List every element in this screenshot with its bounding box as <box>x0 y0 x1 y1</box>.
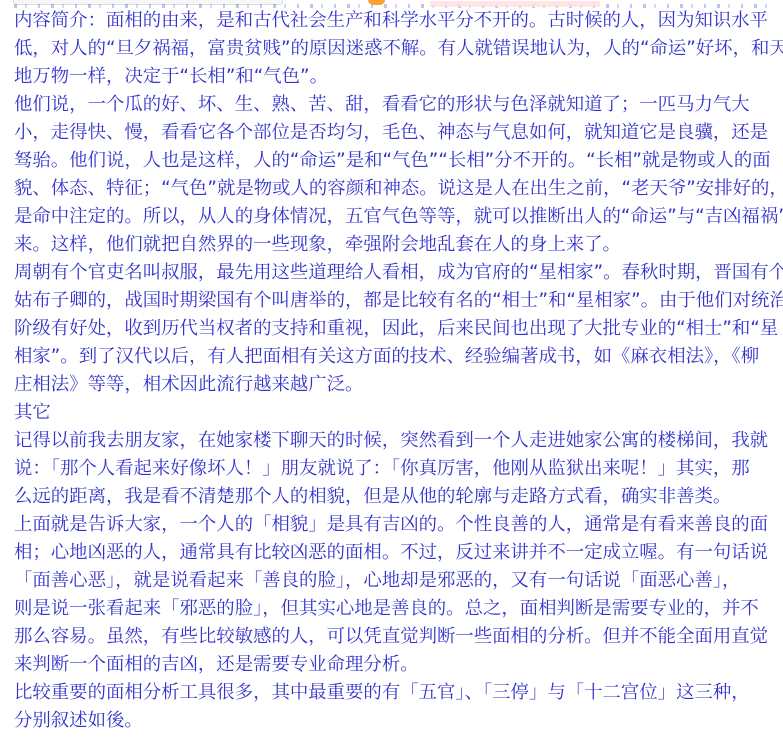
paragraph: 记得以前我去朋友家，在她家楼下聊天的时候，突然看到一个人走进她家公寓的楼梯间，我… <box>14 427 783 511</box>
text-line: 他们说，一个瓜的好、坏、生、熟、苦、甜，看看它的形状与色泽就知道了；一匹马力气大 <box>14 91 783 119</box>
text-line: 来判断一个面相的吉凶，还是需要专业命理分析。 <box>14 651 783 679</box>
text-line: 姑布子卿的，战国时期梁国有个叫唐举的，都是比较有名的“相士”和“星相家”。由于他… <box>14 287 783 315</box>
paragraph: 内容简介：面相的由来，是和古代社会生产和科学水平分不开的。古时候的人，因为知识水… <box>14 7 783 91</box>
text-line: 相家”。到了汉代以后，有人把面相有关这方面的技术、经验编著成书，如《麻衣相法》，… <box>14 343 783 371</box>
text-line: 小，走得快、慢，看看它各个部位是否均匀，毛色、神态与气息如何，就知道它是良骥，还… <box>14 119 783 147</box>
orange-icon-fragment <box>368 0 385 5</box>
text-line: 阶级有好处，收到历代当权者的支持和重视，因此，后来民间也出现了大批专业的“相士”… <box>14 315 783 343</box>
text-line: 记得以前我去朋友家，在她家楼下聊天的时候，突然看到一个人走进她家公寓的楼梯间，我… <box>14 427 783 455</box>
text-line: 地万物一样，决定于“长相”和“气色”。 <box>14 63 783 91</box>
text-line: 上面就是告诉大家，一个人的「相貌」是具有吉凶的。个性良善的人，通常是有看来善良的… <box>14 511 783 539</box>
text-line: 比较重要的面相分析工具很多，其中最重要的有「五官」、「三停」与「十二宫位」这三种… <box>14 679 783 707</box>
text-line: 则是说一张看起来「邪恶的脸」，但其实心地是善良的。总之，面相判断是需要专业的，并… <box>14 595 783 623</box>
document-page: { "styles": { "text_color": "#3333cc", "… <box>0 0 783 747</box>
text-line: 么远的距离，我是看不清楚那个人的相貌，但是从他的轮廓与走路方式看，确实非善类。 <box>14 483 783 511</box>
text-line: 庄相法》等等，相术因此流行越来越广泛。 <box>14 371 783 399</box>
paragraph: 比较重要的面相分析工具很多，其中最重要的有「五官」、「三停」与「十二宫位」这三种… <box>14 679 783 735</box>
text-line: 其它 <box>14 399 783 427</box>
text-line: 说：「那个人看起来好像坏人！」朋友就说了：「你真厉害，他刚从监狱出来呢！」其实，… <box>14 455 783 483</box>
text-line: 分别叙述如後。 <box>14 707 783 735</box>
paragraph: 他们说，一个瓜的好、坏、生、熟、苦、甜，看看它的形状与色泽就知道了；一匹马力气大… <box>14 91 783 259</box>
text-line: 那么容易。虽然，有些比较敏感的人，可以凭直觉判断一些面相的分析。但并不能全面用直… <box>14 623 783 651</box>
text-line: 「面善心恶」，就是说看起来「善良的脸」，心地却是邪恶的，又有一句话说「面恶心善」… <box>14 567 783 595</box>
document-body: 内容简介：面相的由来，是和古代社会生产和科学水平分不开的。古时候的人，因为知识水… <box>14 7 783 735</box>
paragraph: 上面就是告诉大家，一个人的「相貌」是具有吉凶的。个性良善的人，通常是有看来善良的… <box>14 511 783 679</box>
text-line: 内容简介：面相的由来，是和古代社会生产和科学水平分不开的。古时候的人，因为知识水… <box>14 7 783 35</box>
text-line: 低，对人的“旦夕祸福，富贵贫贱”的原因迷惑不解。有人就错误地认为，人的“命运”好… <box>14 35 783 63</box>
text-line: 来。这样，他们就把自然界的一些现象，牵强附会地乱套在人的身上来了。 <box>14 231 783 259</box>
text-line: 周朝有个官吏名叫叔服，最先用这些道理给人看相，成为官府的“星相家”。春秋时期，晋… <box>14 259 783 287</box>
text-line: 相；心地凶恶的人，通常具有比较凶恶的面相。不过，反过来讲并不一定成立喔。有一句话… <box>14 539 783 567</box>
text-line: 驽骀。他们说，人也是这样，人的“命运”是和“气色”“长相”分不开的。“长相”就是… <box>14 147 783 175</box>
paragraph: 周朝有个官吏名叫叔服，最先用这些道理给人看相，成为官府的“星相家”。春秋时期，晋… <box>14 259 783 399</box>
paragraph: 其它 <box>14 399 783 427</box>
text-line: 是命中注定的。所以，从人的身体情况，五官气色等等，就可以推断出人的“命运”与“吉… <box>14 203 783 231</box>
text-line: 貌、体态、特征；“气色”就是物或人的容颜和神态。说这是人在出生之前，“老天爷”安… <box>14 175 783 203</box>
